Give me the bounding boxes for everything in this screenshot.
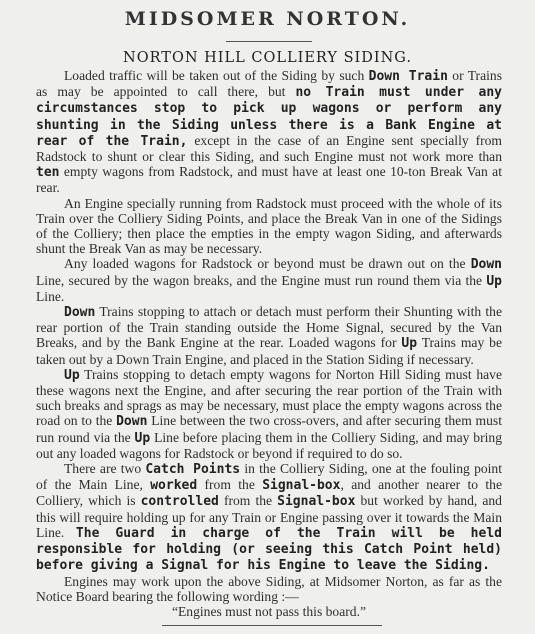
- text-run: Engines may work upon the above Siding, …: [36, 574, 502, 604]
- emphasis-text: worked: [150, 478, 197, 493]
- notice-quote: “Engines must not pass this board.”: [36, 604, 502, 619]
- divider: [226, 41, 312, 42]
- emphasis-text: Signal-box: [277, 494, 355, 509]
- emphasis-text: Up: [401, 336, 417, 351]
- text-run: Line, secured by the wagon breaks, and t…: [36, 273, 486, 288]
- emphasis-text: Catch Points: [145, 462, 240, 477]
- divider: [162, 625, 382, 626]
- paragraph: Engines may work upon the above Siding, …: [36, 574, 502, 604]
- emphasis-text: Down Train: [369, 69, 448, 84]
- document-page: MIDSOMER NORTON. NORTON HILL COLLIERY SI…: [0, 0, 535, 634]
- emphasis-text: The Guard in charge of the Train will be…: [36, 526, 502, 573]
- emphasis-text: Down: [471, 257, 502, 272]
- text-run: Loaded traffic will be taken out of the …: [64, 68, 369, 83]
- emphasis-text: ten: [36, 165, 59, 180]
- emphasis-text: Up: [486, 274, 502, 289]
- emphasis-text: Up: [135, 431, 151, 446]
- emphasis-text: controlled: [141, 494, 219, 509]
- text-run: An Engine specially running from Radstoc…: [36, 196, 502, 257]
- body-text: Loaded traffic will be taken out of the …: [36, 68, 502, 619]
- paragraph: There are two Catch Points in the Collie…: [36, 461, 502, 573]
- page-title: MIDSOMER NORTON.: [0, 8, 535, 30]
- text-run: empty wagons from Radstock, and must hav…: [36, 164, 502, 195]
- paragraphs: Loaded traffic will be taken out of the …: [36, 68, 502, 604]
- text-run: from the: [197, 477, 262, 492]
- emphasis-text: Signal-box: [262, 478, 340, 493]
- paragraph: An Engine specially running from Radstoc…: [36, 196, 502, 257]
- paragraph: Down Trains stopping to attach or detach…: [36, 304, 502, 367]
- paragraph: Loaded traffic will be taken out of the …: [36, 68, 502, 196]
- emphasis-text: Up: [64, 368, 80, 383]
- text-run: from the: [219, 493, 277, 508]
- section-heading: NORTON HILL COLLIERY SIDING.: [0, 50, 535, 66]
- text-run: Any loaded wagons for Radstock or beyond…: [64, 256, 471, 271]
- text-run: Line.: [36, 289, 64, 304]
- emphasis-text: Down: [64, 305, 95, 320]
- paragraph: Up Trains stopping to detach empty wagon…: [36, 367, 502, 461]
- text-run: There are two: [64, 461, 145, 476]
- paragraph: Any loaded wagons for Radstock or beyond…: [36, 256, 502, 304]
- emphasis-text: Down: [116, 414, 147, 429]
